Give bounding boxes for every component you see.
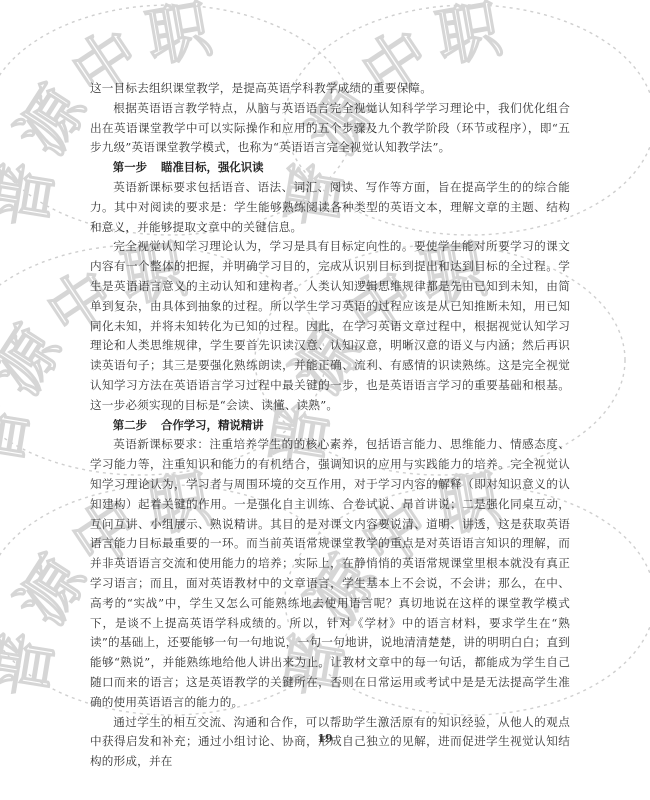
section-heading-step-1: 第一步瞄准目标，强化识读 <box>90 158 570 178</box>
paragraph-cooperative-learning: 英语新课标要求：注重培养学生的的核心素养，包括语言能力、思维能力、情感态度、学习… <box>90 435 570 712</box>
document-body: 这一目标去组织课堂教学，是提高英语学科教学成绩的重要保障。 根据英语语言教学特点… <box>90 79 570 772</box>
paragraph-reading-requirements: 英语新课标要求包括语音、语法、词汇、阅读、写作等方面，旨在提高学生的的综合能力。… <box>90 178 570 237</box>
paragraph-goal-orientation: 完全视觉认知学习理论认为，学习是具有目标定向性的。要使学生能对所要学习的课文内容… <box>90 237 570 415</box>
paragraph-intro-continuation: 这一目标去组织课堂教学，是提高英语学科教学成绩的重要保障。 <box>90 79 570 99</box>
paragraph-five-steps-overview: 根据英语语言教学特点，从脑与英语语言完全视觉认知科学学习理论中，我们优化组合出在… <box>90 99 570 158</box>
page-number: 19 <box>0 732 650 745</box>
step-title: 合作学习，精说精讲 <box>161 418 264 432</box>
step-label: 第二步 <box>113 418 147 432</box>
section-heading-step-2: 第二步合作学习，精说精讲 <box>90 416 570 436</box>
step-label: 第一步 <box>113 160 147 174</box>
step-title: 瞄准目标，强化识读 <box>161 160 264 174</box>
